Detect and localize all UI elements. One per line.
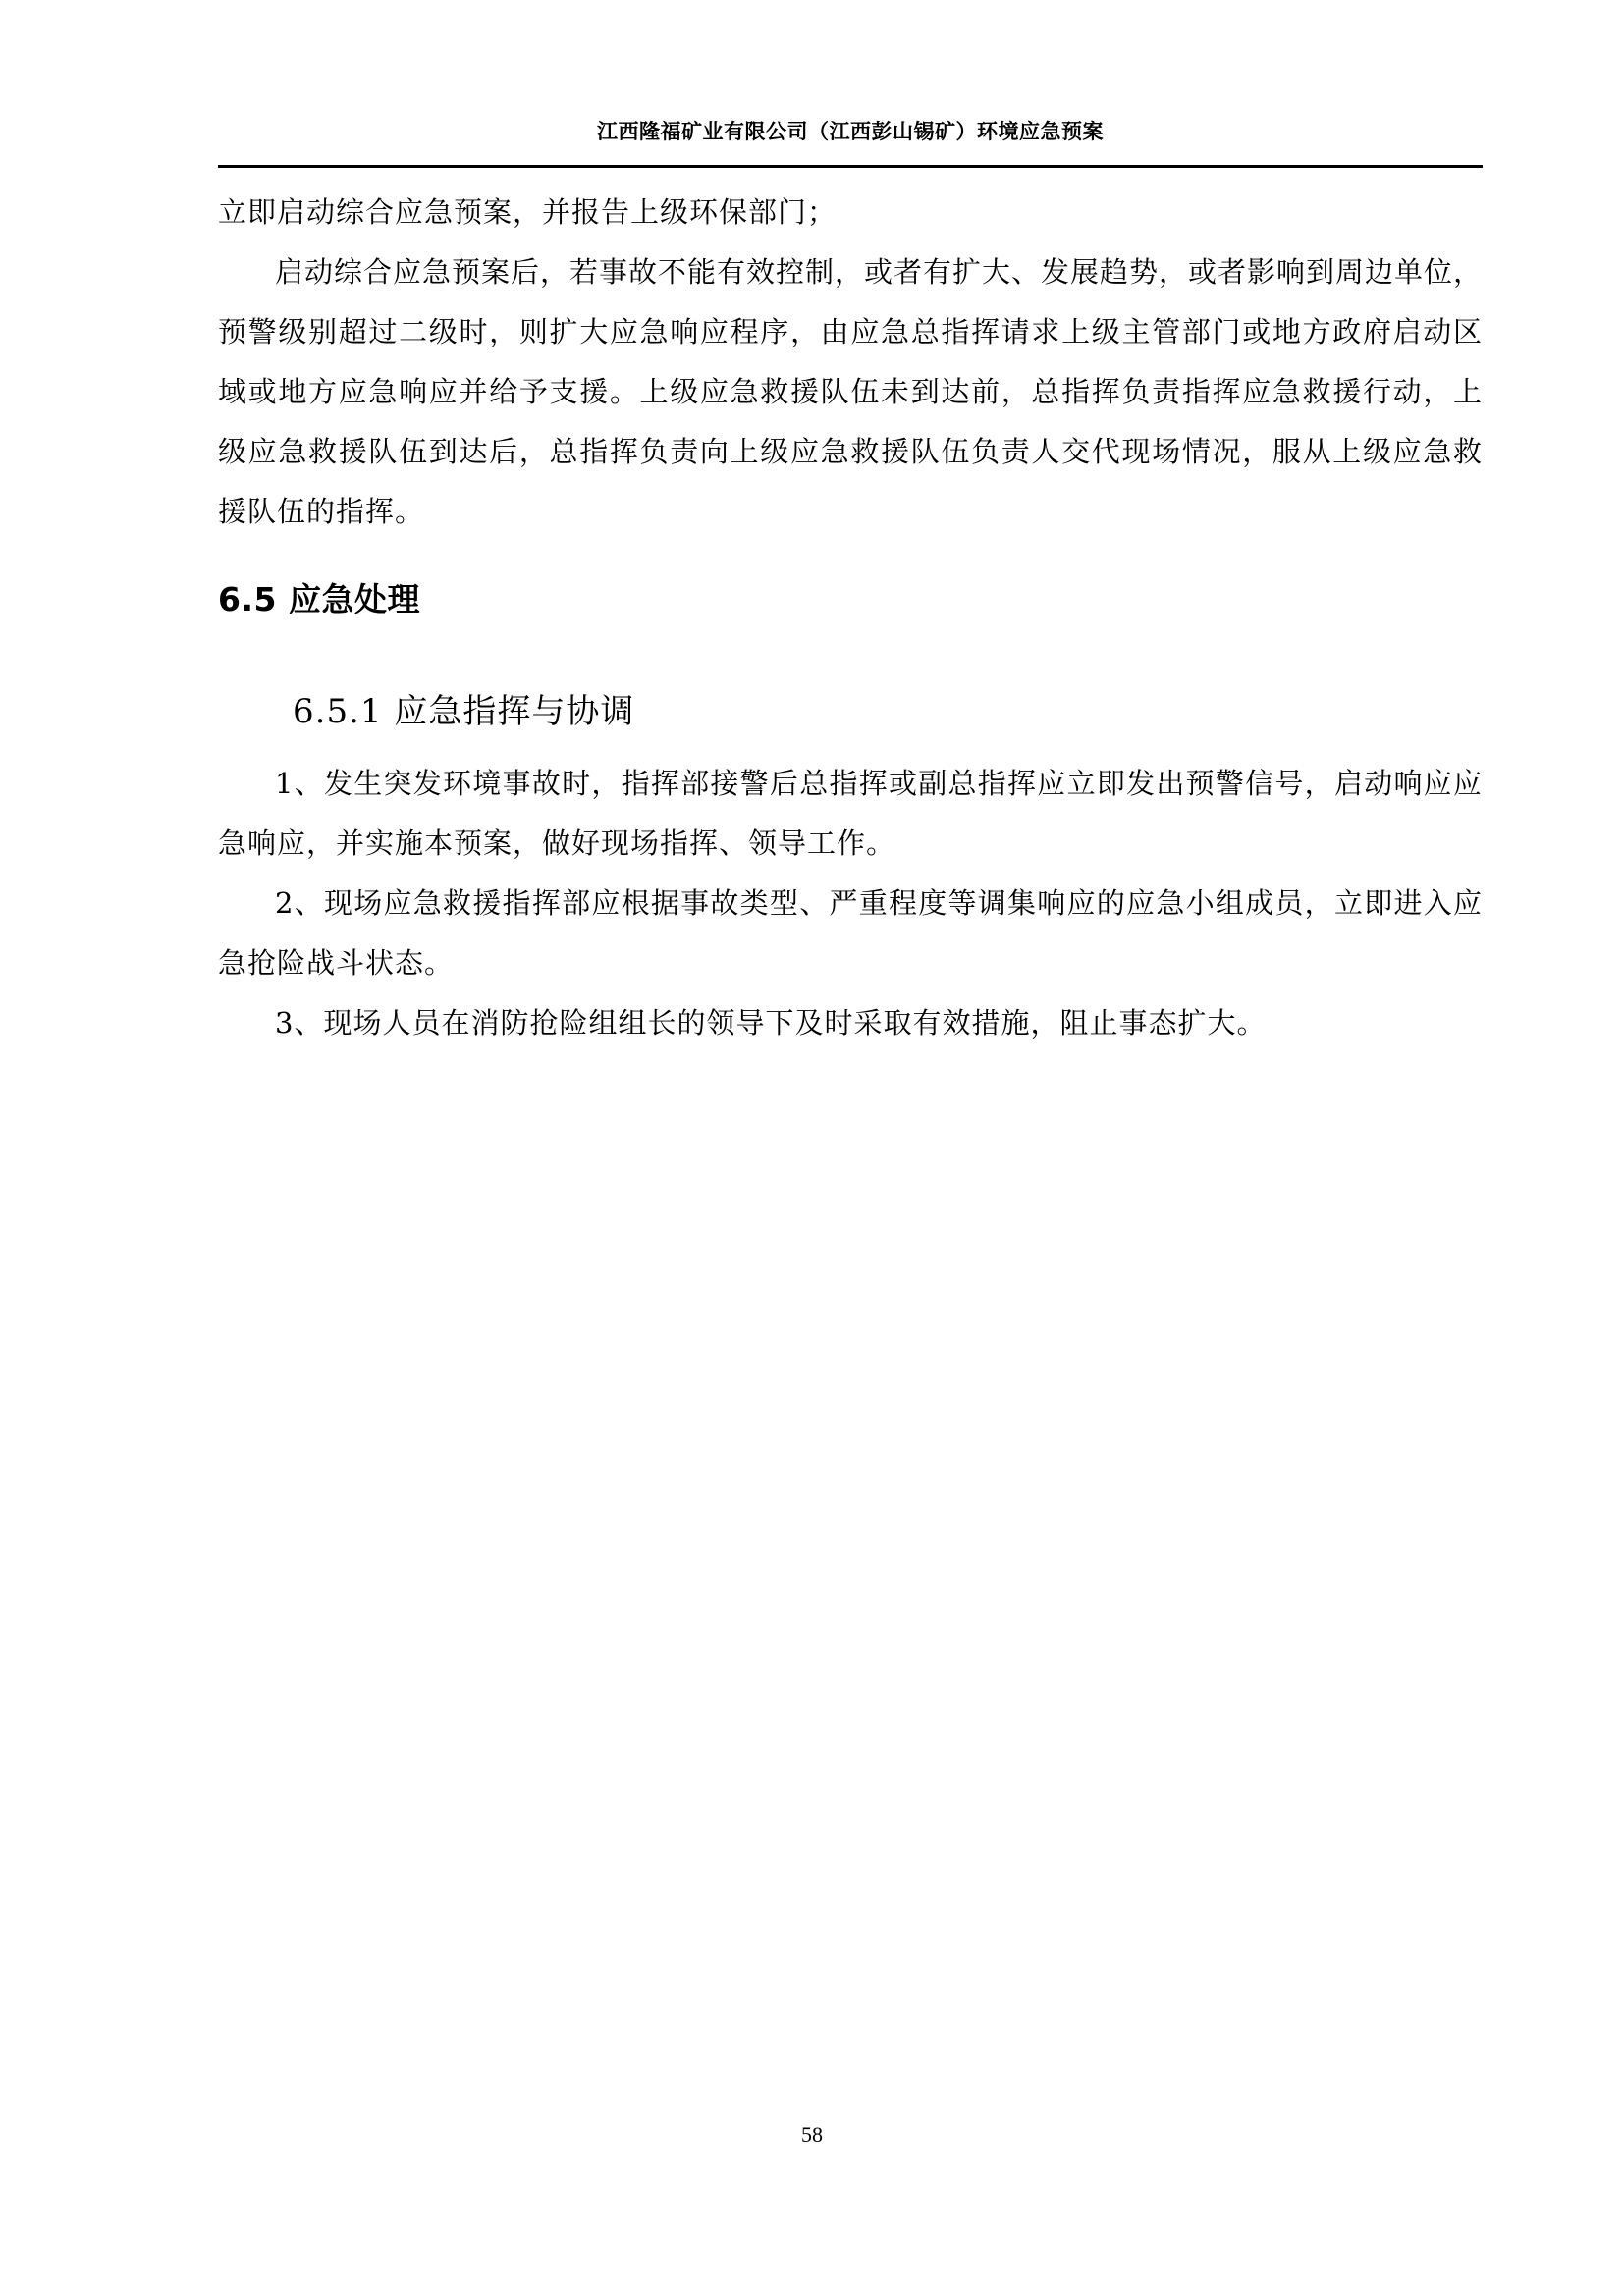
intro-text-block: 立即启动综合应急预案，并报告上级环保部门； 启动综合应急预案后，若事故不能有效控… — [218, 183, 1483, 542]
document-header-title: 江西隆福矿业有限公司（江西彭山锡矿）环境应急预案 — [218, 116, 1483, 145]
page-number: 58 — [0, 2122, 1624, 2148]
paragraph-continuation: 立即启动综合应急预案，并报告上级环保部门； — [218, 183, 1483, 242]
list-item: 1、发生突发环境事故时，指挥部接警后总指挥或副总指挥应立即发出预警信号，启动响应… — [218, 754, 1483, 874]
header-divider — [218, 165, 1483, 168]
subsection-heading: 6.5.1 应急指挥与协调 — [293, 684, 634, 732]
list-item: 3、现场人员在消防抢险组组长的领导下及时采取有效措施，阻止事态扩大。 — [218, 993, 1483, 1053]
numbered-list-block: 1、发生突发环境事故时，指挥部接警后总指挥或副总指挥应立即发出预警信号，启动响应… — [218, 754, 1483, 1053]
section-heading: 6.5 应急处理 — [218, 574, 420, 620]
paragraph-escalation: 启动综合应急预案后，若事故不能有效控制，或者有扩大、发展趋势，或者影响到周边单位… — [218, 242, 1483, 542]
list-item: 2、现场应急救援指挥部应根据事故类型、严重程度等调集响应的应急小组成员，立即进入… — [218, 874, 1483, 993]
